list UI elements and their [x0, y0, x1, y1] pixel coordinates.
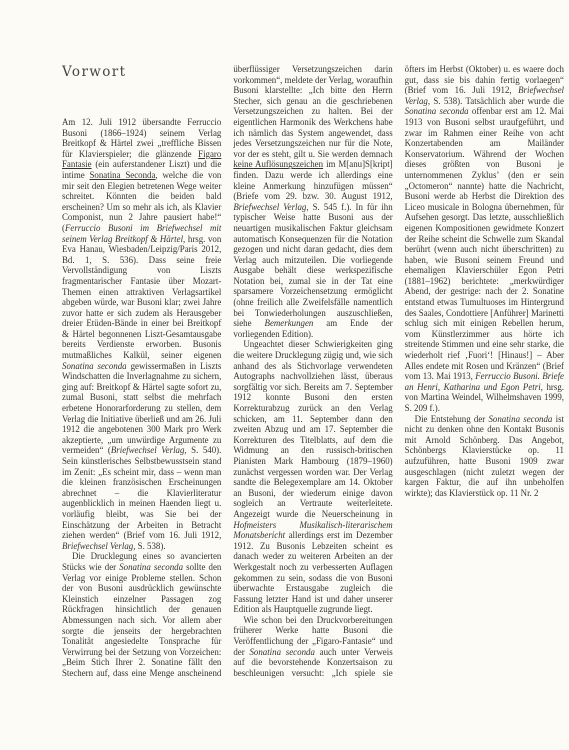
text-run: Die Entstehung der — [415, 414, 489, 424]
text-run: ist nicht zu denken ohne den Kontakt Bus… — [405, 414, 564, 498]
book-page: Vorwort Am 12. Juli 1912 übersandte Ferr… — [0, 0, 569, 750]
text-run: , S. 545 f.). In für ihn typischer Weise… — [233, 202, 392, 329]
paragraph: Am 12. Juli 1912 übersandte Ferruccio Bu… — [62, 117, 221, 551]
text-run: Briefwechsel Verlag — [62, 541, 133, 551]
text-run: Briefwechsel Verlag — [111, 445, 185, 455]
text-run: Briefwechsel Verlag — [233, 202, 306, 212]
text-run: keine Auflösungszeichen — [233, 159, 323, 169]
paragraph: Die Entstehung der Sonatina seconda ist … — [405, 414, 564, 499]
text-run: Ungeachtet dieser Schwierigkeiten ging d… — [233, 339, 392, 519]
text-run: Sonatina seconda — [405, 106, 469, 116]
text-run: Sonatina seconda — [119, 562, 183, 572]
page-title: Vorwort — [62, 64, 221, 80]
text-run: , hrsg. von Eva Hanau, Wiesbaden/Leipzig… — [62, 234, 221, 361]
text-run: , S. 538). Tatsächlich aber wurde die — [428, 96, 564, 106]
text-columns: Vorwort Am 12. Juli 1912 übersandte Ferr… — [62, 64, 564, 684]
text-run: Sonatina seconda — [249, 647, 314, 657]
text-run: Bemerkungen — [265, 318, 314, 328]
text-run: Sonatina seconda — [488, 414, 552, 424]
text-run: allerdings erst im Dezember 1912. Zu Bus… — [233, 530, 392, 614]
paragraph: Ungeachtet dieser Schwierigkeiten ging d… — [233, 339, 392, 614]
text-run: Sonatina Seconda — [89, 170, 155, 180]
text-run: gewissermaßen in Liszts Windschatten die… — [62, 361, 221, 456]
text-run: , S. 540). Sein künstlerisches Selbstbew… — [62, 445, 221, 540]
text-run: Sonatina seconda — [62, 361, 127, 371]
text-run: offenbar erst am 12. Mai 1913 von Busoni… — [405, 106, 564, 381]
text-run: , S. 538). — [133, 541, 165, 551]
